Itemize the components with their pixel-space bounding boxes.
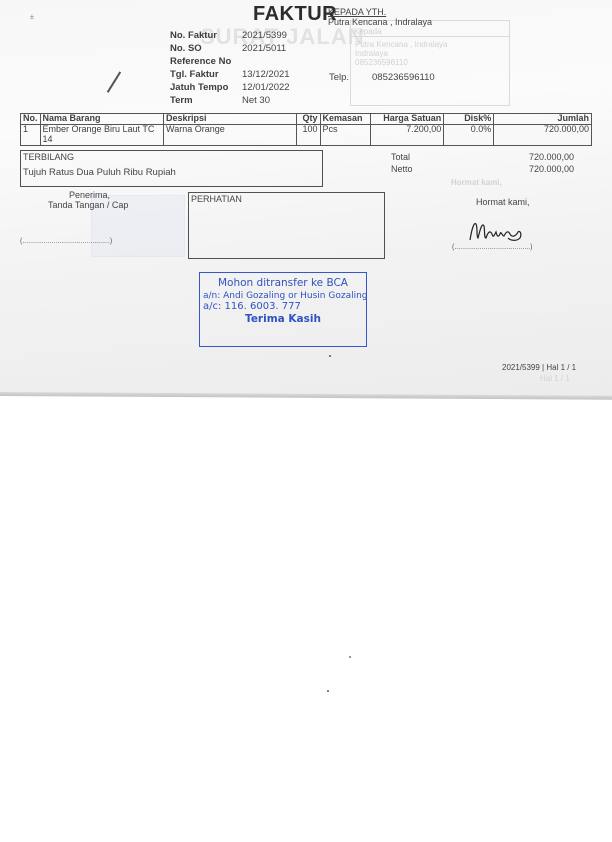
recipient-name: Putra Kencana , Indralaya — [328, 17, 432, 27]
ghost-kepada: Kepada — [354, 27, 382, 36]
stray-mark: ± — [30, 14, 34, 21]
meta-value-term: Net 30 — [242, 95, 270, 106]
page-reference: 2021/5399 | Hal 1 / 1 — [502, 363, 576, 372]
cell-jumlah: 720.000,00 — [494, 125, 592, 146]
col-header-harga-satuan: Harga Satuan — [370, 114, 444, 125]
ghost-line: 085236596110 — [355, 58, 408, 67]
table-header-row: No. Nama Barang Deskripsi Qty Kemasan Ha… — [21, 114, 592, 125]
meta-value-jatuh-tempo: 12/01/2022 — [242, 82, 290, 93]
bank-transfer-stamp: Mohon ditransfer ke BCA a/n: Andi Gozali… — [199, 272, 367, 347]
stamp-line-account-name: a/n: Andi Gozaling or Husin Gozaling — [200, 291, 366, 301]
ghost-line: Putra Kencana , Indralaya — [355, 40, 448, 49]
ghost-hormat: Hormat kami, — [451, 178, 502, 187]
meta-label-no-faktur: No. Faktur — [170, 30, 217, 41]
meta-value-no-so: 2021/5011 — [242, 43, 286, 54]
total-value: 720.000,00 — [529, 152, 574, 162]
speck — [327, 690, 329, 692]
perhatian-label: PERHATIAN — [191, 194, 242, 204]
sender-signature-line: (.......................................… — [452, 244, 533, 251]
meta-label-term: Term — [170, 95, 193, 106]
cell-nama-barang: Ember Orange Biru Laut TC 14 — [40, 125, 164, 146]
cell-qty: 100 — [296, 125, 320, 146]
cell-harga-satuan: 7.200,00 — [370, 125, 444, 146]
speck — [329, 355, 331, 357]
signature-icon — [466, 218, 526, 246]
receiver-sign-label: Tanda Tangan / Cap — [48, 200, 128, 210]
recipient-label: KEPADA YTH. — [328, 7, 386, 17]
total-label: Total — [391, 152, 410, 162]
stamp-line-bank: Mohon ditransfer ke BCA — [200, 277, 366, 289]
receiver-label: Penerima, — [69, 190, 110, 200]
cell-deskripsi: Warna Orange — [164, 125, 297, 146]
cell-disk: 0.0% — [444, 125, 494, 146]
pen-mark — [107, 71, 121, 92]
col-header-no: No. — [21, 114, 41, 125]
meta-value-no-faktur: 2021/5399 — [242, 30, 287, 41]
col-header-disk: Disk% — [444, 114, 494, 125]
table-row: 1 Ember Orange Biru Laut TC 14 Warna Ora… — [21, 125, 592, 146]
col-header-jumlah: Jumlah — [494, 114, 592, 125]
telp-label: Telp. — [329, 72, 349, 83]
col-header-nama-barang: Nama Barang — [40, 114, 164, 125]
receiver-signature-line: (.......................................… — [20, 238, 112, 245]
netto-label: Netto — [391, 164, 413, 174]
terbilang-box: TERBILANG Tujuh Ratus Dua Puluh Ribu Rup… — [20, 150, 323, 187]
col-header-deskripsi: Deskripsi — [164, 114, 297, 125]
cell-no: 1 — [21, 125, 41, 146]
telp-value: 085236596110 — [372, 72, 435, 83]
stamp-line-thanks: Terima Kasih — [200, 313, 366, 325]
col-header-kemasan: Kemasan — [320, 114, 370, 125]
meta-label-no-so: No. SO — [170, 43, 202, 54]
ghost-line: Indralaya — [355, 49, 388, 58]
cell-kemasan: Pcs — [320, 125, 370, 146]
speck — [349, 656, 351, 658]
stamp-line-account-number: a/c: 116. 6003. 777 — [200, 301, 366, 312]
terbilang-text: Tujuh Ratus Dua Puluh Ribu Rupiah — [23, 167, 176, 178]
netto-value: 720.000,00 — [529, 164, 574, 174]
perhatian-box: PERHATIAN — [188, 192, 385, 259]
sender-greeting: Hormat kami, — [476, 197, 530, 207]
items-table: No. Nama Barang Deskripsi Qty Kemasan Ha… — [20, 113, 592, 146]
col-header-qty: Qty — [296, 114, 320, 125]
invoice-sheet: SURAT JALAN Kepada Putra Kencana , Indra… — [0, 0, 612, 396]
meta-label-jatuh-tempo: Jatuh Tempo — [170, 82, 228, 93]
meta-label-tgl-faktur: Tgl. Faktur — [170, 69, 219, 80]
meta-value-tgl-faktur: 13/12/2021 — [242, 69, 290, 80]
terbilang-label: TERBILANG — [23, 152, 74, 162]
meta-label-reference-no: Reference No — [170, 56, 231, 67]
ghost-page: Hal 1 / 1 — [540, 374, 570, 383]
document-title: FAKTUR — [253, 3, 337, 26]
